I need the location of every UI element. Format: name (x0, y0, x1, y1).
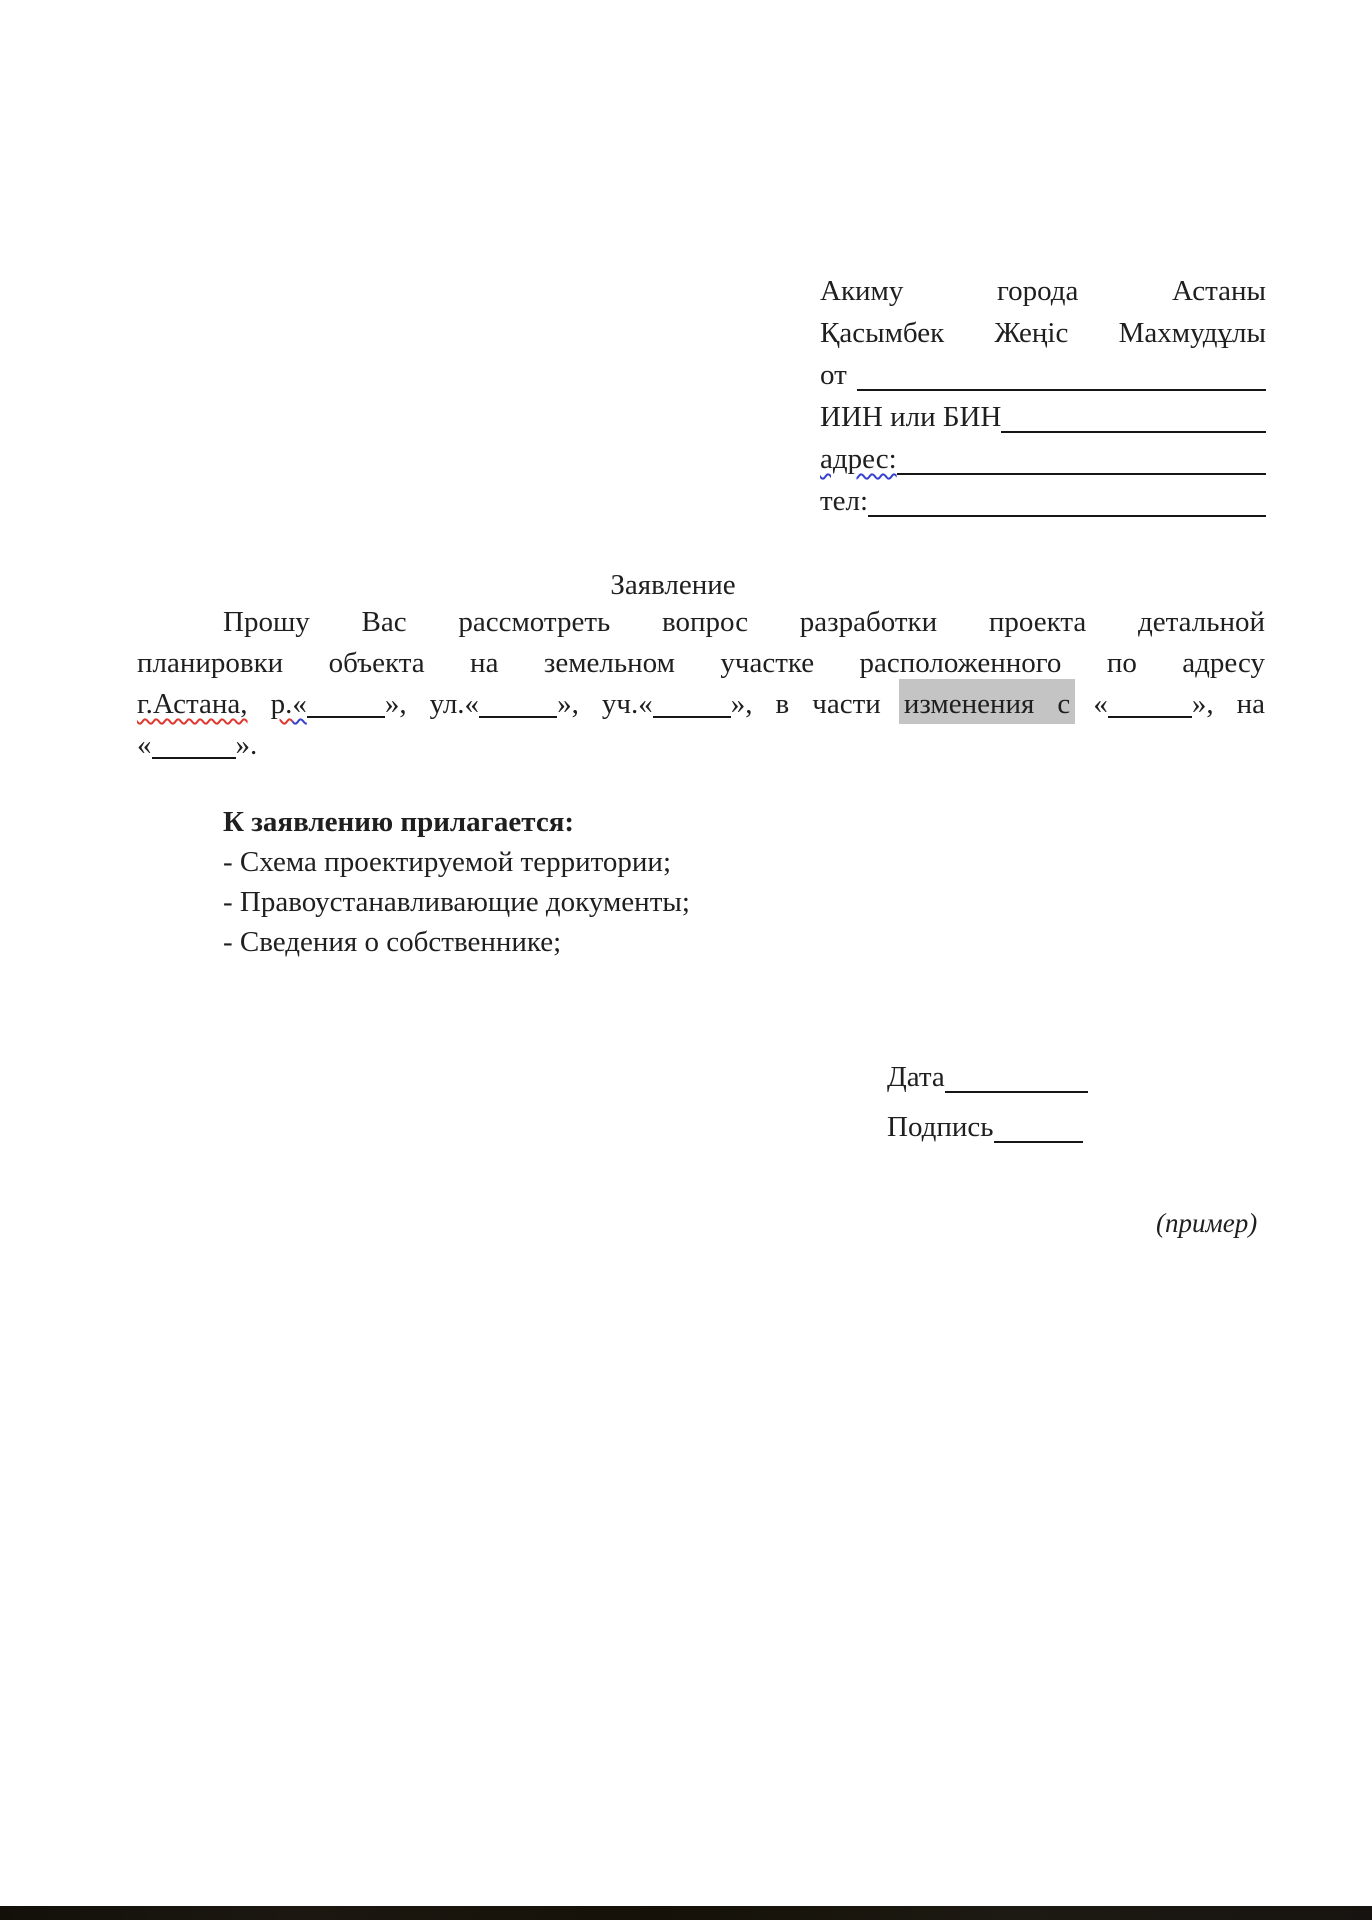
attachments-block: К заявлению прилагается: - Схема проекти… (223, 802, 690, 962)
address-blank-line (897, 438, 1266, 475)
signature-block: Дата Подпись (887, 1056, 1088, 1148)
address-label: адрес: (820, 438, 897, 480)
street-quote-close: », (557, 688, 579, 720)
line4-quote-close: ». (236, 729, 258, 761)
bottom-bar (0, 1906, 1372, 1920)
from-label: от (820, 354, 847, 396)
address-line: адрес: (820, 438, 1266, 480)
tail-text: на (1237, 688, 1265, 720)
addressee-line-2: Қасымбек Жеңіс Махмудұлы (820, 312, 1266, 354)
from-line: от (820, 354, 1266, 396)
date-blank-line (945, 1056, 1088, 1093)
body-line-1: Прошу Вас рассмотреть вопрос разработки … (137, 602, 1265, 643)
example-note: (пример) (1156, 1206, 1257, 1240)
plot-blank-line (653, 712, 731, 718)
body-line-1-text: Прошу Вас рассмотреть вопрос разработки … (223, 606, 1265, 638)
body-line-2: планировки объекта на земельном участке … (137, 643, 1265, 684)
body-line-3: г.Астана, р.«», ул.«», уч.«», в части из… (137, 684, 1265, 725)
change-quote-close: », (1192, 688, 1214, 720)
signature-line: Подпись (887, 1106, 1083, 1148)
infix-text: в части (776, 688, 881, 720)
phone-blank-line (868, 480, 1266, 517)
change-field: «», (1093, 688, 1213, 720)
date-line: Дата (887, 1056, 1088, 1098)
from-blank-line (857, 354, 1266, 391)
plot-field: уч.«», (602, 688, 753, 720)
street-field: ул.«», (430, 688, 579, 720)
iin-line: ИИН или БИН (820, 396, 1266, 438)
recipient-block: Акиму города Астаны Қасымбек Жеңіс Махму… (820, 270, 1266, 522)
signature-label: Подпись (887, 1106, 994, 1148)
date-label: Дата (887, 1056, 945, 1098)
signature-blank-line (994, 1106, 1084, 1143)
district-field: р.«», (271, 688, 407, 720)
first-line-indent (137, 630, 223, 631)
iin-label: ИИН или БИН (820, 396, 1001, 438)
city-text: г.Астана, (137, 688, 248, 720)
phone-line: тел: (820, 480, 1266, 522)
document-page: Акиму города Астаны Қасымбек Жеңіс Махму… (0, 0, 1372, 1920)
line4-blank-line (152, 753, 236, 759)
district-quote-open: « (292, 688, 307, 720)
attachment-item: - Схема проектируемой территории; (223, 842, 690, 882)
attachments-heading: К заявлению прилагается: (223, 802, 690, 842)
line4-quote-open: « (137, 729, 152, 761)
iin-blank-line (1001, 396, 1266, 433)
highlighted-text: изменения с (899, 679, 1075, 724)
change-blank-line (1108, 712, 1192, 718)
street-blank-line (479, 712, 557, 718)
addressee-line-1: Акиму города Астаны (820, 270, 1266, 312)
street-prefix: ул.« (430, 688, 479, 720)
district-blank-line (307, 712, 385, 718)
attachment-item: - Правоустанавливающие документы; (223, 882, 690, 922)
plot-quote-close: », (731, 688, 753, 720)
document-title: Заявление (137, 564, 1265, 606)
attachment-item: - Сведения о собственнике; (223, 922, 690, 962)
change-quote-open: « (1093, 688, 1108, 720)
body-line-4: «». (137, 725, 1265, 766)
district-quote-close: », (385, 688, 407, 720)
plot-prefix: уч.« (602, 688, 653, 720)
body-paragraph: Прошу Вас рассмотреть вопрос разработки … (137, 602, 1265, 766)
district-prefix: р. (271, 688, 293, 720)
phone-label: тел: (820, 480, 868, 522)
